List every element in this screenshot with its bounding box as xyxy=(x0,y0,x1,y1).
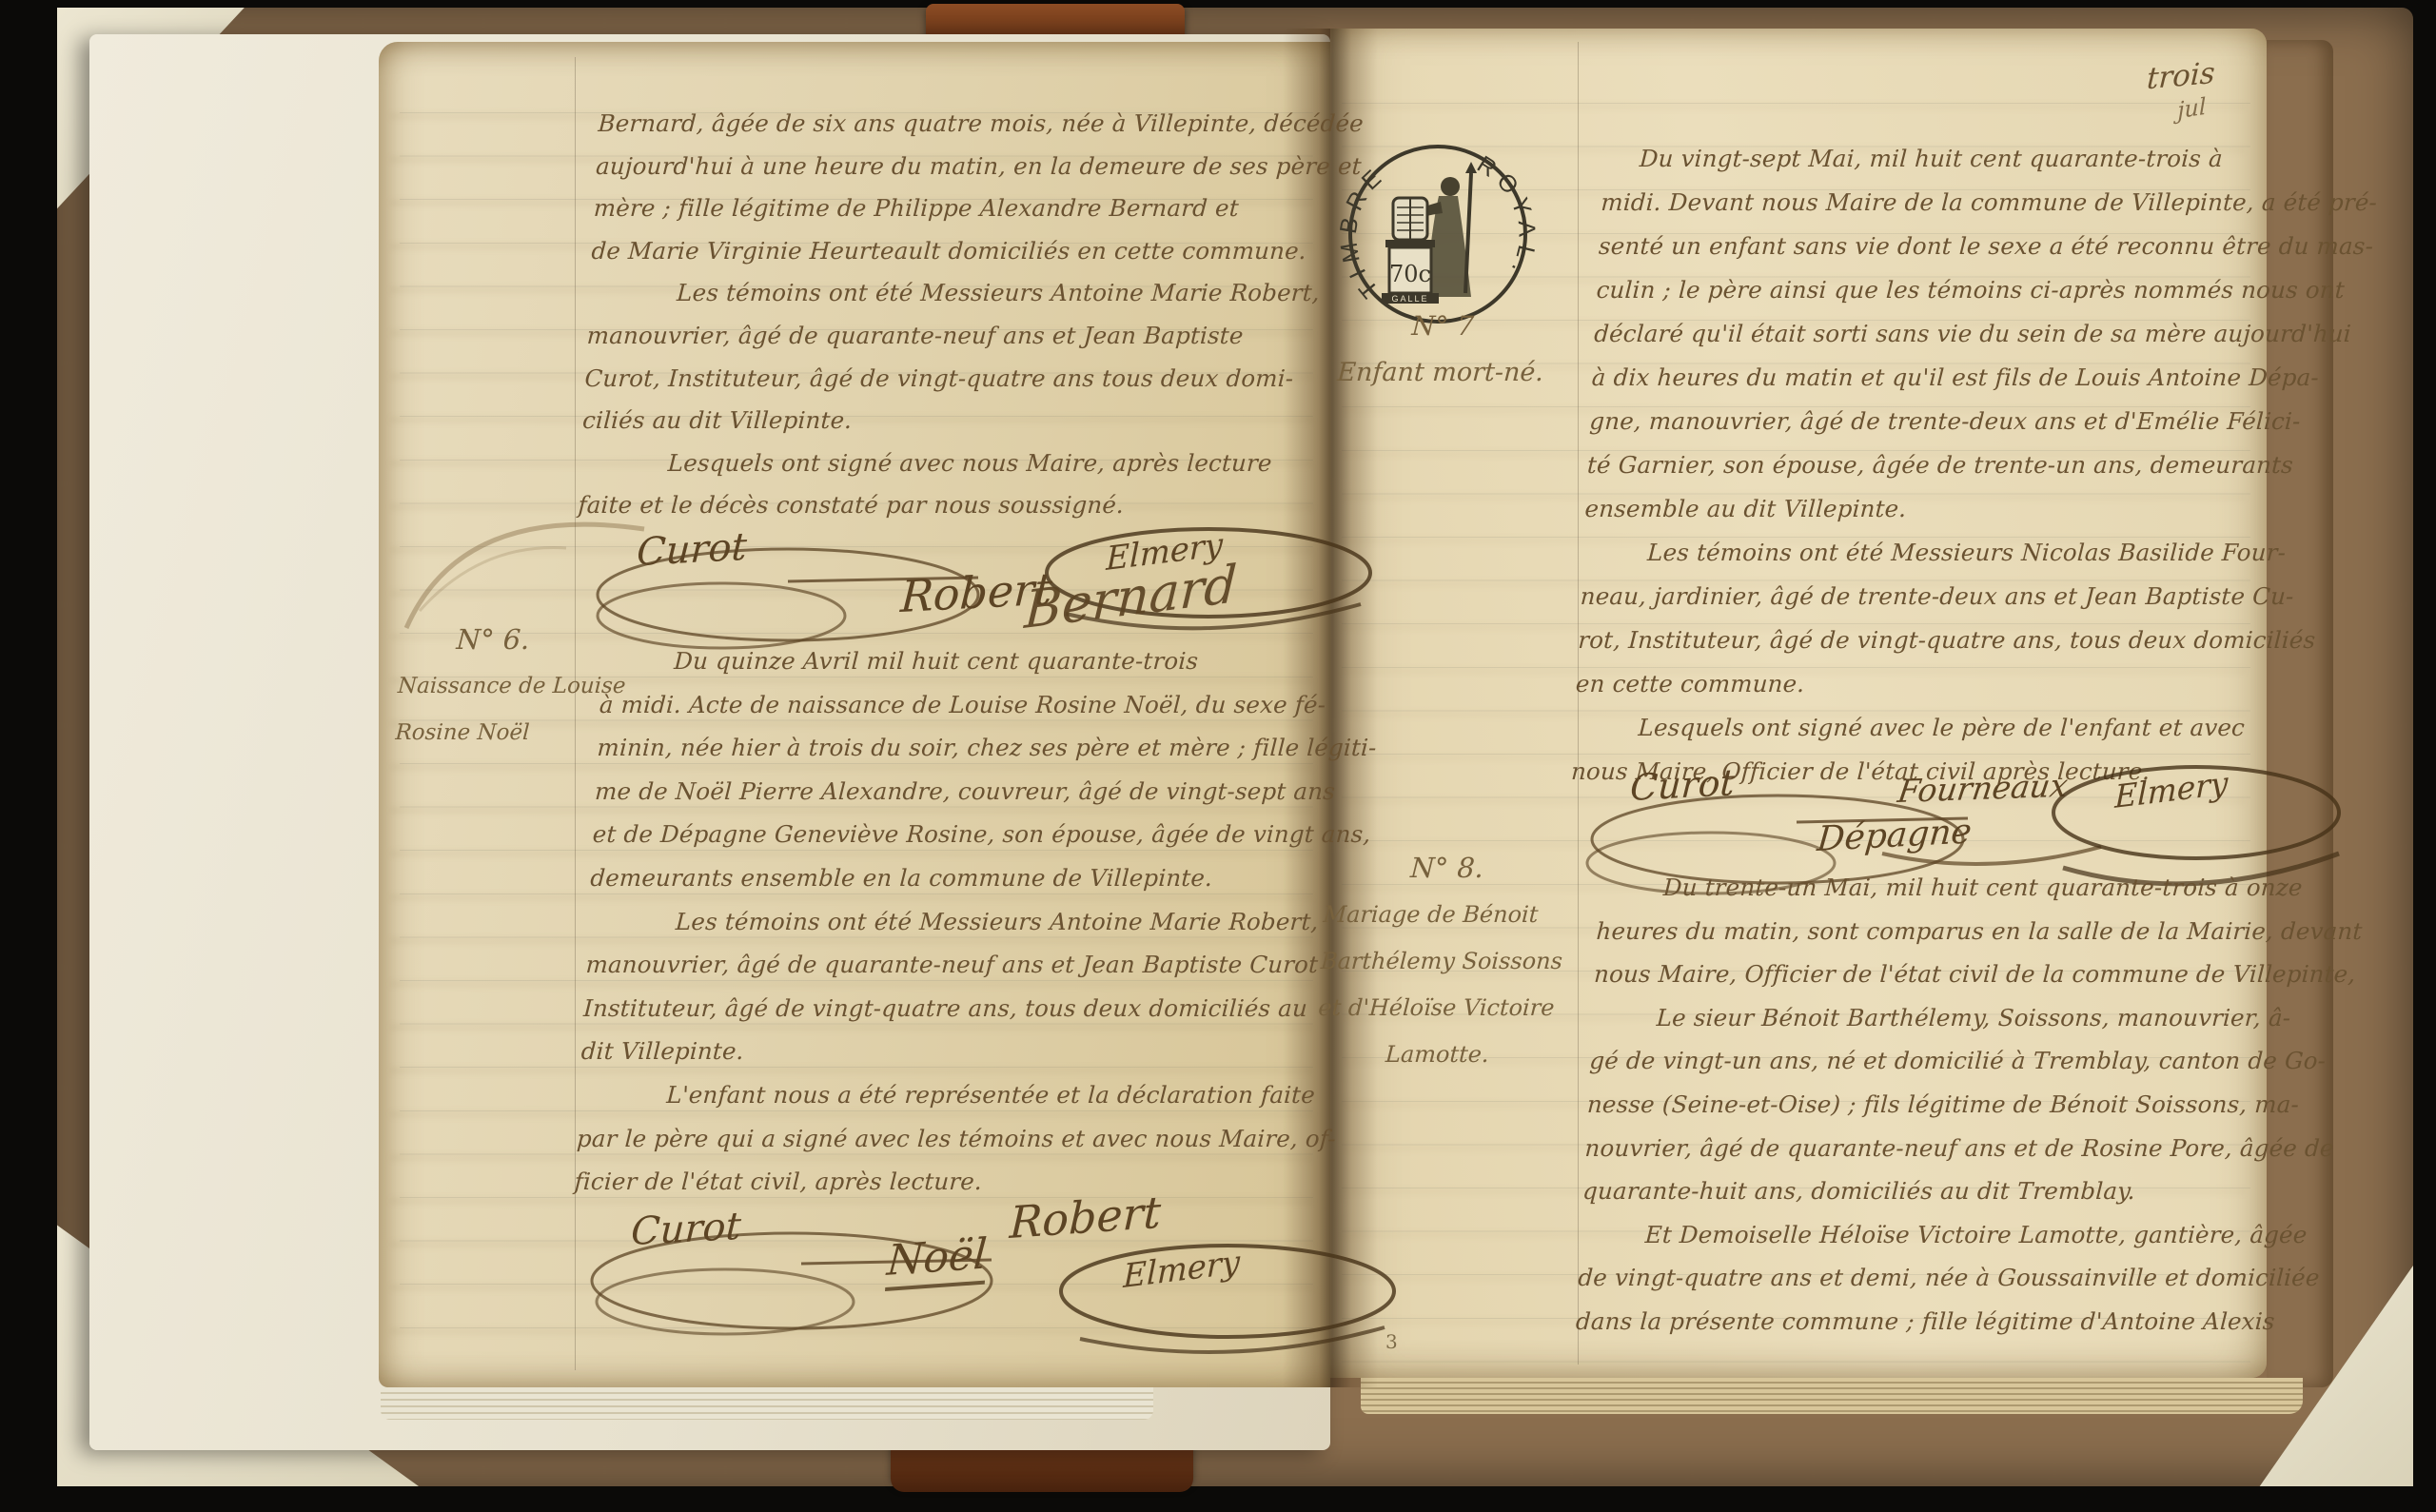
stamp-text-royal: ROYAL. xyxy=(1472,150,1536,285)
record-number: N° 6. xyxy=(399,617,587,663)
margin-label: Lamotte. xyxy=(1315,1031,1561,1078)
record-number: N° 8. xyxy=(1325,845,1570,892)
record-birth-noel-text: Du quinze Avril mil huit cent quarante-t… xyxy=(573,639,1340,1204)
manuscript-line: manouvrier, âgé de quarante-neuf ans et … xyxy=(584,943,1324,987)
manuscript-line: par le père qui a signé avec les témoins… xyxy=(576,1117,1315,1161)
manuscript-line: et de Dépagne Geneviève Rosine, son épou… xyxy=(592,813,1331,856)
manuscript-line: quarante-huit ans, domiciliés au dit Tre… xyxy=(1581,1169,2249,1213)
manuscript-line: ficier de l'état civil, après lecture. xyxy=(573,1160,1312,1204)
manuscript-line: Bernard, âgée de six ans quatre mois, né… xyxy=(597,103,1336,146)
manuscript-line: Le sieur Bénoit Barthélemy, Soissons, ma… xyxy=(1591,996,2259,1040)
manuscript-line: dit Villepinte. xyxy=(580,1030,1320,1073)
manuscript-line: neau, jardinier, âgé de trente-deux ans … xyxy=(1580,575,2248,619)
manuscript-line: ciliés au dit Villepinte. xyxy=(581,400,1321,442)
signature-curot: Curot xyxy=(630,1205,742,1254)
manuscript-line: demeurants ensemble en la commune de Vil… xyxy=(589,856,1328,900)
signature-noel: Noël xyxy=(885,1229,989,1291)
manuscript-line: Les témoins ont été Messieurs Nicolas Ba… xyxy=(1581,531,2249,575)
manuscript-line: Les témoins ont été Messieurs Antoine Ma… xyxy=(588,272,1327,315)
manuscript-line: à midi. Acte de naissance de Louise Rosi… xyxy=(599,683,1338,727)
manuscript-line: gne, manouvrier, âgé de trente-deux ans … xyxy=(1588,400,2256,443)
manuscript-line: nouvrier, âgé de quarante-neuf ans et de… xyxy=(1583,1127,2251,1170)
signature-curot: Curot xyxy=(636,525,748,575)
manuscript-line: nous Maire, Officier de l'état civil de … xyxy=(1593,952,2261,996)
manuscript-line: heures du matin, sont comparus en la sal… xyxy=(1595,910,2263,953)
manuscript-line: rot, Instituteur, âgé de vingt-quatre an… xyxy=(1577,619,2245,662)
manuscript-line: Du quinze Avril mil huit cent quarante-t… xyxy=(600,639,1340,683)
manuscript-line: à dix heures du matin et qu'il est fils … xyxy=(1591,356,2259,400)
signature-depagne: Dépagne xyxy=(1816,812,1974,859)
manuscript-line: aujourd'hui à une heure du matin, en la … xyxy=(595,146,1334,188)
margin-label: Mariage de Bénoit xyxy=(1322,892,1567,938)
manuscript-line: Du vingt-sept Mai, mil huit cent quarant… xyxy=(1602,137,2270,181)
margin-note-record-6: N° 6. Naissance de Louise Rosine Noël xyxy=(394,617,587,756)
margin-label: Rosine Noël xyxy=(394,710,582,756)
manuscript-line: de vingt-quatre ans et demi, née à Gouss… xyxy=(1577,1256,2245,1300)
manuscript-line: Du trente-un Mai, mil huit cent quarante… xyxy=(1598,866,2266,910)
record-death-bernard-text: Bernard, âgée de six ans quatre mois, né… xyxy=(577,103,1336,527)
manuscript-line: ensemble au dit Villepinte. xyxy=(1583,487,2251,531)
manuscript-line: Instituteur, âgé de vingt-quatre ans, to… xyxy=(582,987,1322,1031)
corner-note-trois: trois xyxy=(2146,56,2215,97)
manuscript-line: gé de vingt-un ans, né et domicilié à Tr… xyxy=(1588,1039,2256,1083)
manuscript-line: me de Noël Pierre Alexandre, couvreur, â… xyxy=(594,770,1333,814)
page-edges-bottom-right xyxy=(1361,1378,2303,1414)
manuscript-line: mère ; fille légitime de Philippe Alexan… xyxy=(593,187,1332,230)
stamp-text-timbre: TIMBRE xyxy=(1340,161,1391,304)
manuscript-line: de Marie Virginie Heurteault domiciliés … xyxy=(590,230,1329,273)
manuscript-line: manouvrier, âgé de quarante-neuf ans et … xyxy=(586,315,1326,358)
manuscript-line: en cette commune. xyxy=(1575,662,2243,706)
signature-curot: Curot xyxy=(1629,761,1736,809)
manuscript-line: nesse (Seine-et-Oise) ; fils légitime de… xyxy=(1586,1083,2254,1127)
margin-note-record-8: N° 8. Mariage de Bénoit Barthélemy Soiss… xyxy=(1315,845,1570,1078)
margin-label: Enfant mort-né. xyxy=(1329,349,1551,396)
page-edges-bottom-left xyxy=(381,1387,1153,1420)
manuscript-line: Les témoins ont été Messieurs Antoine Ma… xyxy=(587,900,1326,944)
margin-note-record-7: N° 7 Enfant mort-né. xyxy=(1329,303,1553,396)
manuscript-line: L'enfant nous a été représentée et la dé… xyxy=(578,1073,1317,1117)
manuscript-line: Et Demoiselle Héloïse Victoire Lamotte, … xyxy=(1580,1213,2248,1257)
manuscript-line: senté un enfant sans vie dont le sexe a … xyxy=(1598,225,2266,268)
manuscript-line: déclaré qu'il était sorti sans vie du se… xyxy=(1593,312,2261,356)
manuscript-line: Lesquels ont signé avec le père de l'enf… xyxy=(1572,706,2240,750)
record-number: N° 7 xyxy=(1332,303,1554,349)
margin-label: et d'Héloïse Victoire xyxy=(1317,985,1562,1031)
margin-label: Barthélemy Soissons xyxy=(1320,938,1565,985)
manuscript-line: té Garnier, son épouse, âgée de trente-u… xyxy=(1586,443,2254,487)
record-marriage-soissons-lamotte-text: Du trente-un Mai, mil huit cent quarante… xyxy=(1575,866,2266,1344)
record-stillborn-text: Du vingt-sept Mai, mil huit cent quarant… xyxy=(1570,137,2270,794)
register-photo: Bernard, âgée de six ans quatre mois, né… xyxy=(0,0,2436,1512)
manuscript-line: minin, née hier à trois du soir, chez se… xyxy=(596,726,1335,770)
stamp-denomination: 70c xyxy=(1389,261,1431,287)
manuscript-line: midi. Devant nous Maire de la commune de… xyxy=(1600,181,2268,225)
manuscript-line: Curot, Instituteur, âgé de vingt-quatre … xyxy=(583,358,1323,401)
manuscript-line: Lesquels ont signé avec nous Maire, aprè… xyxy=(580,442,1319,485)
corner-note-scribble: jul xyxy=(2177,92,2207,124)
manuscript-line: dans la présente commune ; fille légitim… xyxy=(1575,1300,2243,1344)
margin-label: Naissance de Louise xyxy=(397,663,585,710)
page-marker: 3 xyxy=(1385,1330,1398,1353)
manuscript-line: culin ; le père ainsi que les témoins ci… xyxy=(1595,268,2263,312)
